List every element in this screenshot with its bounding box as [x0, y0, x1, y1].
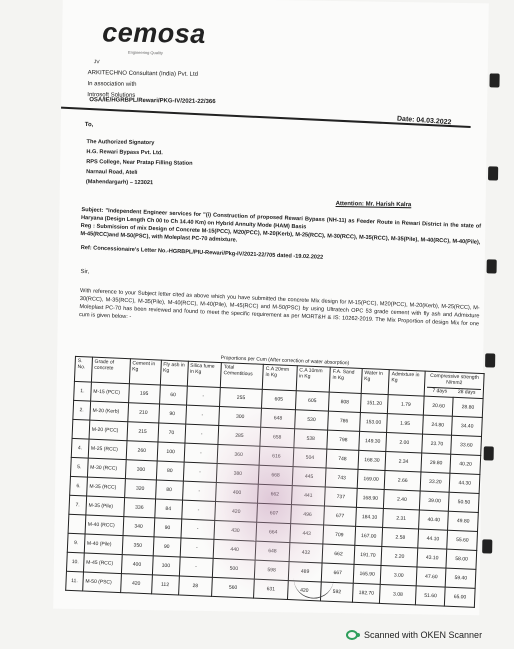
letterhead-block: JV ARKITECHNO Consultant (India) Pvt. Lt…	[87, 57, 198, 103]
table-cell: 191.70	[354, 545, 382, 565]
table-cell: 7.	[69, 495, 87, 515]
table-cell: 420	[120, 574, 152, 594]
table-cell: 2.66	[384, 471, 421, 491]
table-cell: 43.10	[417, 548, 447, 568]
table-cell	[68, 514, 86, 534]
table-cell: 51.60	[415, 586, 445, 606]
table-cell: 445	[292, 467, 326, 487]
column-header: Water in Kg	[361, 368, 389, 394]
table-cell: 607	[257, 503, 291, 523]
table-cell: 598	[254, 560, 288, 580]
table-cell: 80	[156, 461, 184, 481]
table-cell: 5.	[70, 457, 88, 477]
column-header: Silica fume in Kg	[187, 361, 222, 387]
binder-ring	[482, 540, 492, 554]
table-cell: 443	[290, 524, 324, 544]
table-cell: M-50 (PSC)	[82, 572, 121, 593]
table-cell: 538	[294, 429, 328, 449]
table-cell: 10.	[66, 552, 84, 572]
mix-design-table: S. No.Grade of concreteCement in KgFly a…	[65, 356, 484, 608]
table-cell: 605	[295, 391, 329, 411]
table-cell: 648	[255, 541, 289, 561]
table-cell: 165.90	[353, 564, 381, 584]
table-cell: -	[180, 538, 214, 558]
address-line: (Mahendargarh) – 123021	[86, 177, 192, 189]
table-cell: 1.	[74, 381, 92, 401]
table-cell: 530	[294, 410, 328, 430]
table-cell: 195	[128, 384, 160, 404]
table-cell: 55.60	[447, 530, 477, 550]
table-cell: 285	[218, 426, 261, 447]
table-cell: 664	[256, 522, 290, 542]
table-cell: 59.40	[446, 568, 476, 588]
table-cell: 4.	[71, 438, 89, 458]
table-cell: 432	[289, 543, 323, 563]
table-cell: 184.10	[355, 507, 383, 527]
recipient-address: The Authorized Signatory H.G. Rewari Byp…	[86, 137, 193, 189]
column-header: Compressive strength N/mm27 days28 days	[424, 371, 484, 398]
scanner-text: Scanned with OKEN Scanner	[364, 630, 482, 640]
table-cell: 500	[212, 558, 255, 579]
table-cell: 2.58	[382, 527, 419, 547]
table-cell: 616	[259, 446, 293, 466]
column-header: C.A 20mm in Kg	[262, 364, 297, 390]
table-cell: M-40 (Pile)	[84, 534, 123, 555]
table-cell: 9.	[67, 533, 85, 553]
table-cell: -	[186, 386, 220, 406]
table-cell: 28.80	[453, 397, 483, 417]
table-cell: M-30 (RCC)	[87, 458, 126, 479]
table-cell: M-35 (Pile)	[86, 496, 125, 517]
table-cell: 100	[152, 556, 180, 576]
binder-rings	[482, 33, 503, 593]
table-cell: 153.00	[359, 412, 387, 432]
table-cell: 215	[127, 422, 159, 442]
table-cell: 47.60	[416, 567, 446, 587]
reference-number: OSA/IE/HGRBPL/Rewari/PKG-IV/2021-22/366	[89, 97, 215, 105]
table-cell: M-15 (PCC)	[90, 382, 129, 403]
binder-ring	[487, 260, 497, 274]
table-cell: 167.00	[355, 526, 383, 546]
column-header: Cement in Kg	[129, 359, 161, 385]
table-cell: 23.70	[422, 434, 452, 454]
table-cell: M-25 (RCC)	[88, 439, 127, 460]
table-cell: 6.	[70, 476, 88, 496]
table-cell: 808	[329, 392, 361, 412]
table-cell: 380	[216, 463, 259, 484]
table-cell: 737	[325, 487, 357, 507]
table-cell: 320	[124, 479, 156, 499]
column-header: F.A. Sand in Kg	[329, 367, 362, 393]
table-cell: 29.80	[421, 453, 451, 473]
attention-line: Attention: Mr. Harish Kalra	[336, 201, 412, 208]
table-cell: 28	[178, 576, 212, 596]
table-cell: 33.20	[420, 472, 450, 492]
table-body: 1.M-15 (PCC)19560-255605605808151.201.79…	[66, 381, 483, 607]
salutation: Sir,	[80, 269, 89, 275]
table-cell: 58.00	[446, 549, 476, 569]
table-cell: 400	[216, 482, 259, 503]
table-cell: -	[179, 557, 213, 577]
column-header: C.A 10mm in Kg	[296, 366, 331, 392]
table-cell: M-35 (RCC)	[86, 477, 125, 498]
table-cell: 798	[327, 430, 359, 450]
table-cell: -	[183, 462, 217, 482]
table-cell: 2.31	[383, 508, 420, 528]
table-cell: 260	[126, 441, 158, 461]
table-cell: 441	[291, 486, 325, 506]
scanned-letter-page: cemosa Engineering Quality JV ARKITECHNO…	[53, 0, 489, 615]
table-cell: 662	[258, 484, 292, 504]
column-header: S. No.	[74, 356, 92, 382]
table-cell: 560	[212, 577, 255, 598]
table-cell: 340	[123, 517, 155, 537]
table-cell: 44.30	[450, 473, 480, 493]
table-cell: 786	[328, 411, 360, 431]
table-cell: 748	[326, 449, 358, 469]
binder-ring	[485, 353, 495, 367]
table-cell: 300	[219, 407, 262, 428]
column-header: Grade of concrete	[91, 357, 130, 384]
table-cell: 40.20	[450, 454, 480, 474]
table-cell: 300	[125, 460, 157, 480]
table-cell: 648	[261, 408, 295, 428]
table-cell: 84	[154, 499, 182, 519]
table-cell: 182.70	[352, 583, 380, 603]
table-cell: 440	[213, 539, 256, 560]
table-cell: 255	[220, 388, 263, 409]
table-cell: -	[184, 424, 218, 444]
table-cell: 504	[293, 448, 327, 468]
table-cell: 49.80	[448, 511, 478, 531]
sub-header: 28 days	[458, 389, 476, 396]
table-cell: 168.30	[358, 450, 386, 470]
table-cell: 631	[254, 579, 288, 599]
logo-tagline: Engineering Quality	[128, 50, 163, 56]
table-cell: 2.20	[381, 546, 418, 566]
table-cell: 24.80	[423, 415, 453, 435]
table-cell: M-40 (RCC)	[85, 515, 124, 536]
table-cell: 60	[159, 385, 187, 405]
table-cell: 151.20	[360, 393, 388, 413]
table-cell: 100	[157, 442, 185, 462]
table-cell: 149.30	[359, 431, 387, 451]
table-cell	[72, 419, 90, 439]
table-cell: 1.79	[388, 395, 425, 415]
table-cell: 350	[122, 536, 154, 556]
table-cell: M-20 (Kerb)	[90, 401, 129, 422]
table-cell: 2.40	[384, 489, 421, 509]
table-cell: 662	[322, 544, 354, 564]
table-cell: 20.60	[423, 396, 453, 416]
table-cell: 2.	[73, 400, 91, 420]
table-cell: 90	[154, 518, 182, 538]
mix-design-table-wrapper: Proportions per Cum (After correction of…	[65, 349, 495, 608]
table-cell: 11.	[66, 571, 84, 591]
table-cell: 80	[155, 480, 183, 500]
table-cell: 3.08	[380, 584, 417, 604]
binder-ring	[488, 166, 498, 180]
table-cell: -	[181, 500, 215, 520]
table-cell: 44.10	[418, 529, 448, 549]
table-cell: 112	[151, 575, 179, 595]
table-cell: 39.00	[419, 491, 449, 511]
table-cell: 33.60	[451, 435, 481, 455]
table-cell: -	[184, 443, 218, 463]
body-paragraph: With reference to your Subject letter ci…	[79, 287, 480, 336]
column-header: Total Cementitious	[220, 363, 263, 390]
table-cell: 677	[324, 506, 356, 526]
table-cell: 430	[214, 520, 257, 541]
scanner-watermark: Scanned with OKEN Scanner	[346, 630, 482, 640]
table-cell: 1.95	[387, 414, 424, 434]
sub-header: 7 days	[432, 388, 447, 395]
table-cell: 50.50	[449, 492, 479, 512]
column-header: Admixture in Kg	[388, 370, 425, 396]
binder-ring	[489, 73, 499, 87]
table-cell: -	[185, 405, 219, 425]
table-cell: -	[180, 519, 214, 539]
table-cell: 360	[217, 444, 260, 465]
cemosa-logo: cemosa	[102, 17, 206, 50]
binder-ring	[484, 446, 494, 460]
table-cell: 168.90	[356, 488, 384, 508]
table-cell: 2.34	[385, 452, 422, 472]
table-cell: 420	[215, 501, 258, 522]
table-cell: 40.40	[419, 510, 449, 530]
table-cell: 34.40	[452, 416, 482, 436]
table-cell: 605	[262, 389, 296, 409]
table-cell: 2.00	[386, 433, 423, 453]
table-cell: 169.00	[357, 469, 385, 489]
table-cell: M-20 (PCC)	[89, 420, 128, 441]
to-label: To,	[85, 122, 94, 128]
table-cell: 65.00	[445, 587, 475, 607]
table-cell: 90	[158, 404, 186, 424]
table-cell: 210	[128, 403, 160, 423]
table-cell: 496	[290, 505, 324, 525]
table-cell: -	[182, 481, 216, 501]
table-cell: 336	[124, 498, 156, 518]
table-cell: 400	[121, 555, 153, 575]
table-cell: 90	[153, 537, 181, 557]
table-cell: 709	[323, 525, 355, 545]
table-cell: 70	[158, 423, 186, 443]
table-cell: 658	[260, 427, 294, 447]
table-cell: 3.00	[380, 565, 417, 585]
table-cell: 743	[325, 468, 357, 488]
oken-scanner-icon	[346, 630, 358, 640]
table-cell: 668	[258, 465, 292, 485]
table-cell: M-45 (RCC)	[83, 553, 122, 574]
column-header: Fly ash in Kg	[160, 360, 188, 386]
